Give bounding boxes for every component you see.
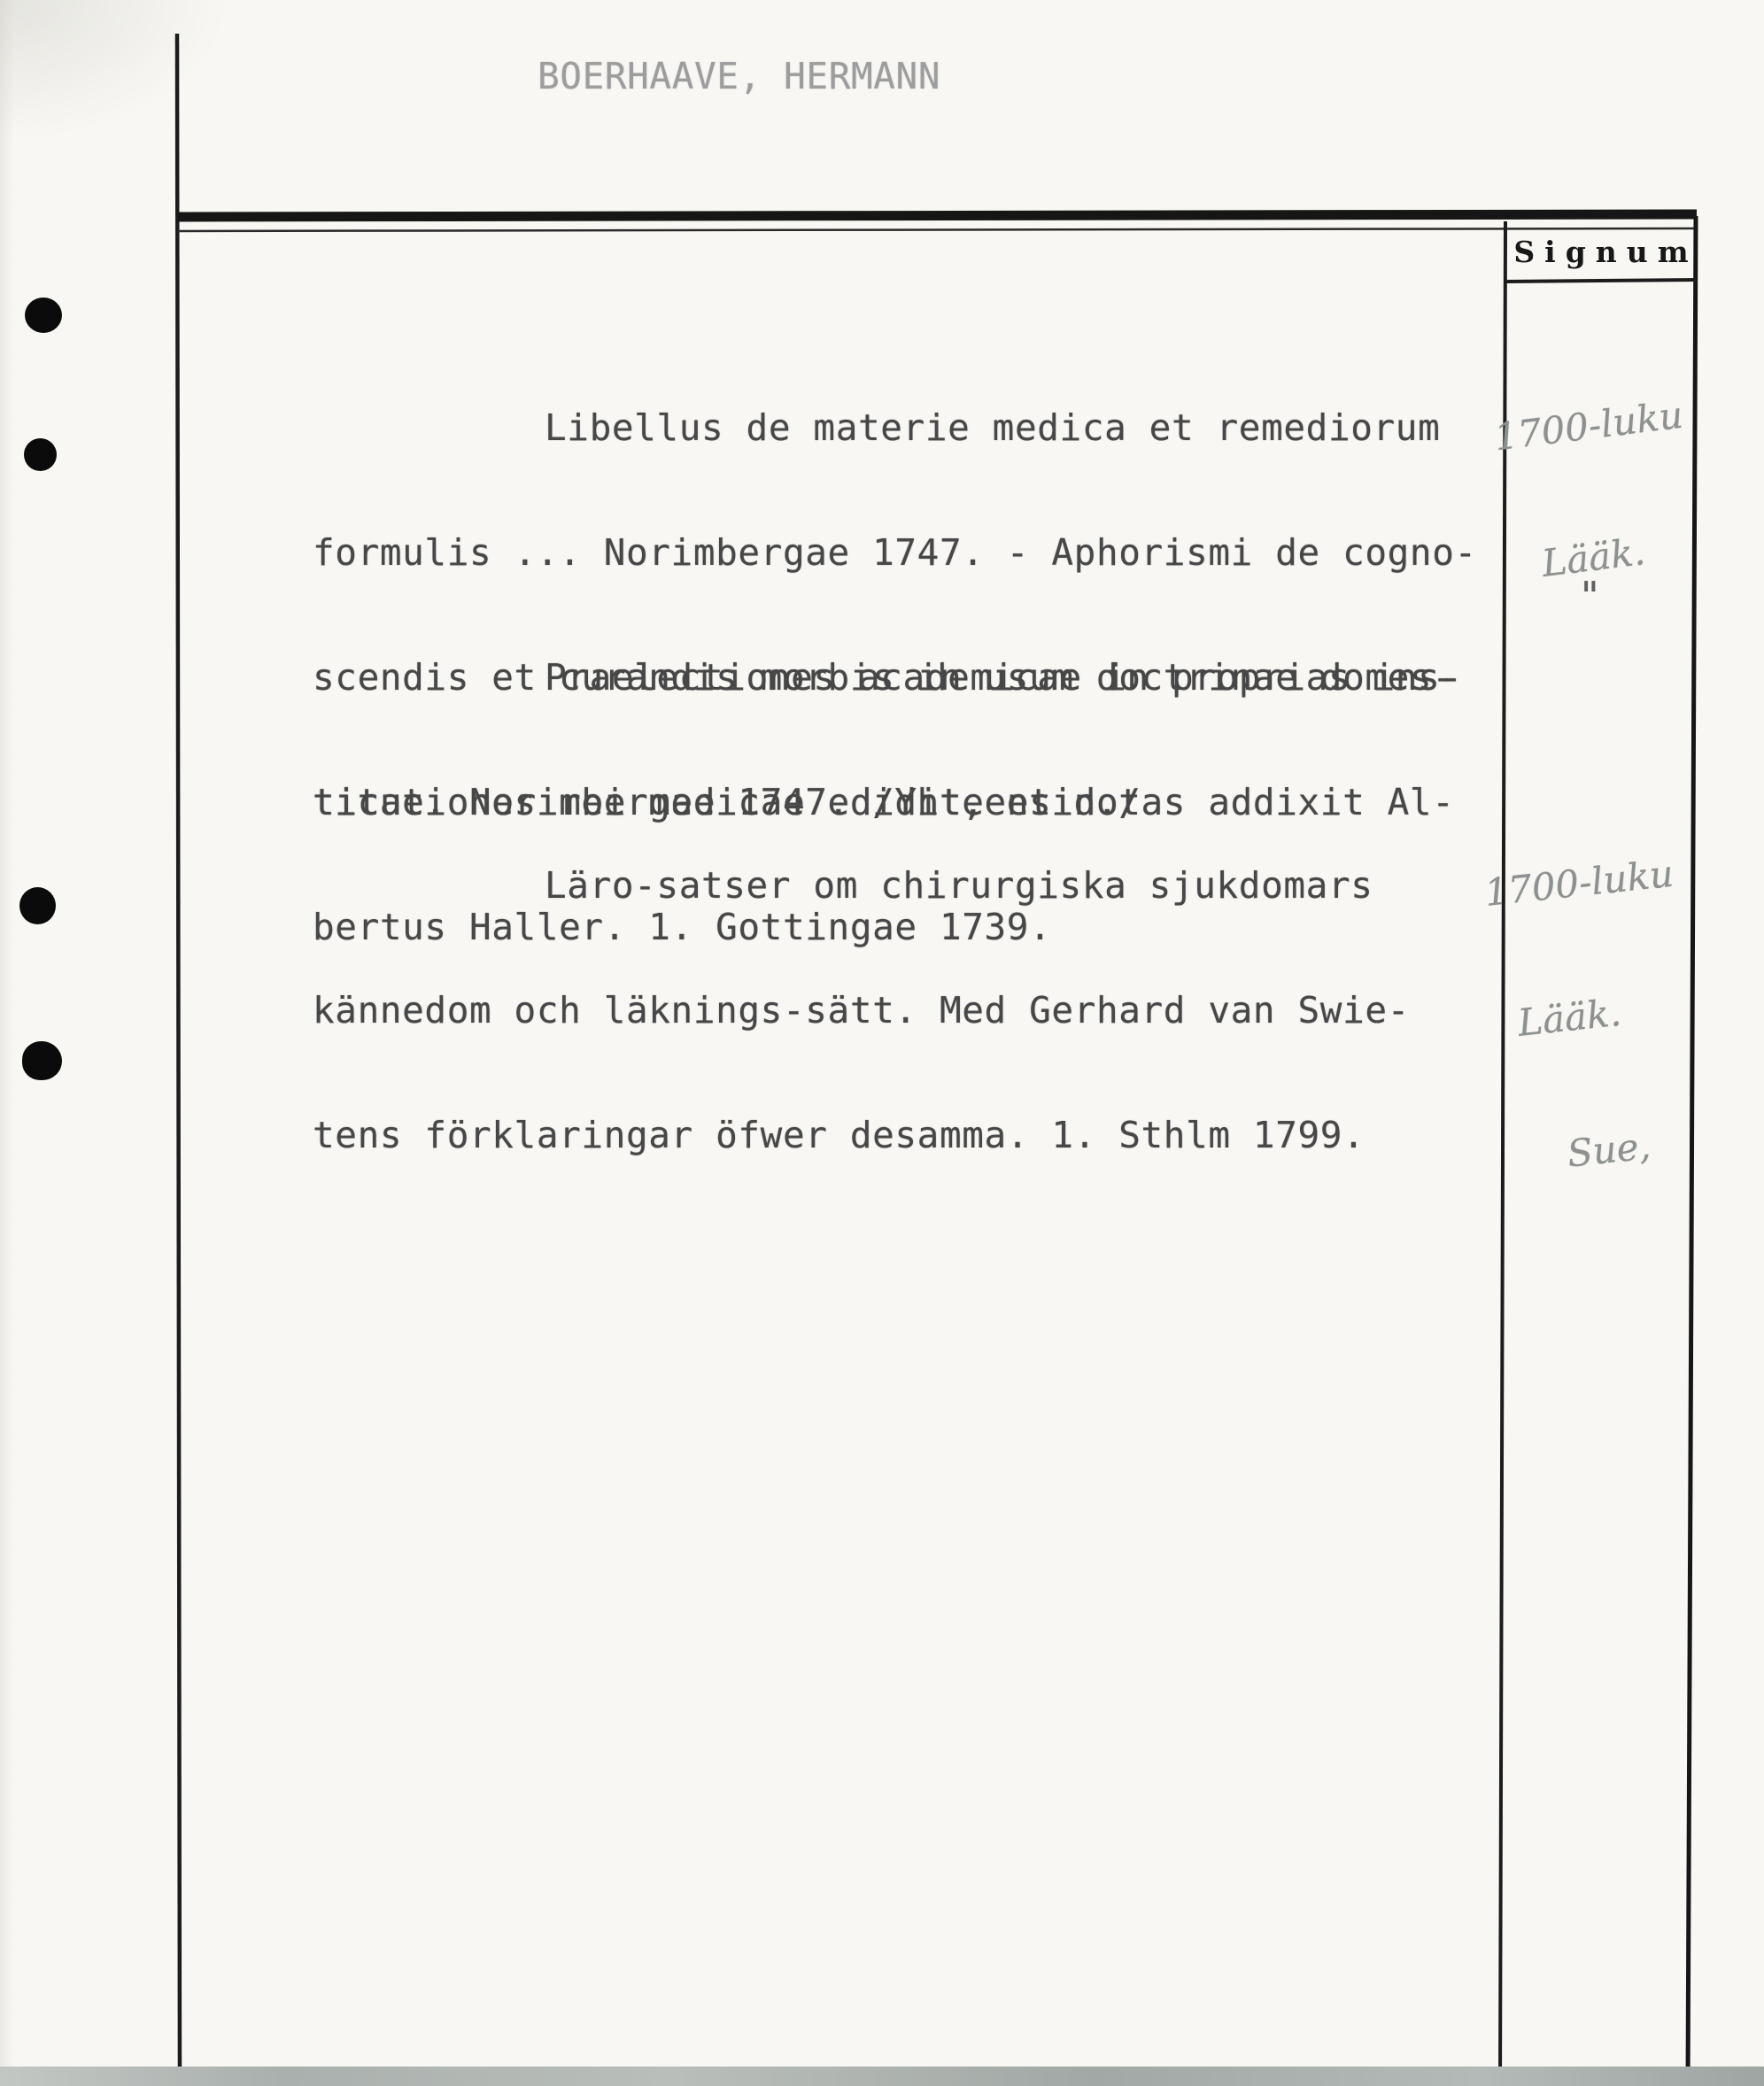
catalog-card-page: BOERHAAVE, HERMANN Signum Libellus de ma… <box>0 0 1764 2086</box>
catalog-entry-3: Läro-satser om chirurgiska sjukdomars kä… <box>313 782 1570 1240</box>
signum-handwriting-line: Lääk. <box>1540 524 1702 586</box>
signum-handwriting-line: 1700-luku <box>1492 393 1685 459</box>
hole-punch-mark <box>25 297 62 333</box>
entry-text-line: Praelectiones academicae in proprias ins… <box>313 657 1570 699</box>
header-double-rule-thick <box>178 214 1697 217</box>
signum-annotation-2-ditto-mark: " <box>1578 574 1602 619</box>
entry-text-line: formulis ... Norimbergae 1747. - Aphoris… <box>313 532 1570 574</box>
hole-punch-mark <box>24 438 57 471</box>
entry-text-line: Libellus de materie medica et remediorum <box>313 407 1570 449</box>
signum-header-bottom-rule <box>1505 280 1696 282</box>
signum-handwriting-line: Lääk. <box>1516 985 1690 1045</box>
scan-edge-shadow <box>0 2067 1764 2086</box>
hole-punch-mark <box>19 887 56 924</box>
signum-handwriting-line: Sue, <box>1566 1119 1704 1176</box>
left-margin-rule <box>177 34 180 2086</box>
entry-text-line: kännedom och läknings-sätt. Med Gerhard … <box>313 990 1570 1031</box>
entry-text-line: Läro-satser om chirurgiska sjukdomars <box>313 865 1570 907</box>
header-double-rule-thin <box>178 228 1697 231</box>
signum-handwriting-line: 1700-luku <box>1482 852 1675 914</box>
entry-text-line: tens förklaringar öfwer desamma. 1. Sthl… <box>313 1115 1570 1156</box>
page-heading: BOERHAAVE, HERMANN <box>538 55 940 97</box>
signum-column-header: Signum <box>1506 223 1696 280</box>
hole-punch-mark <box>22 1041 62 1080</box>
